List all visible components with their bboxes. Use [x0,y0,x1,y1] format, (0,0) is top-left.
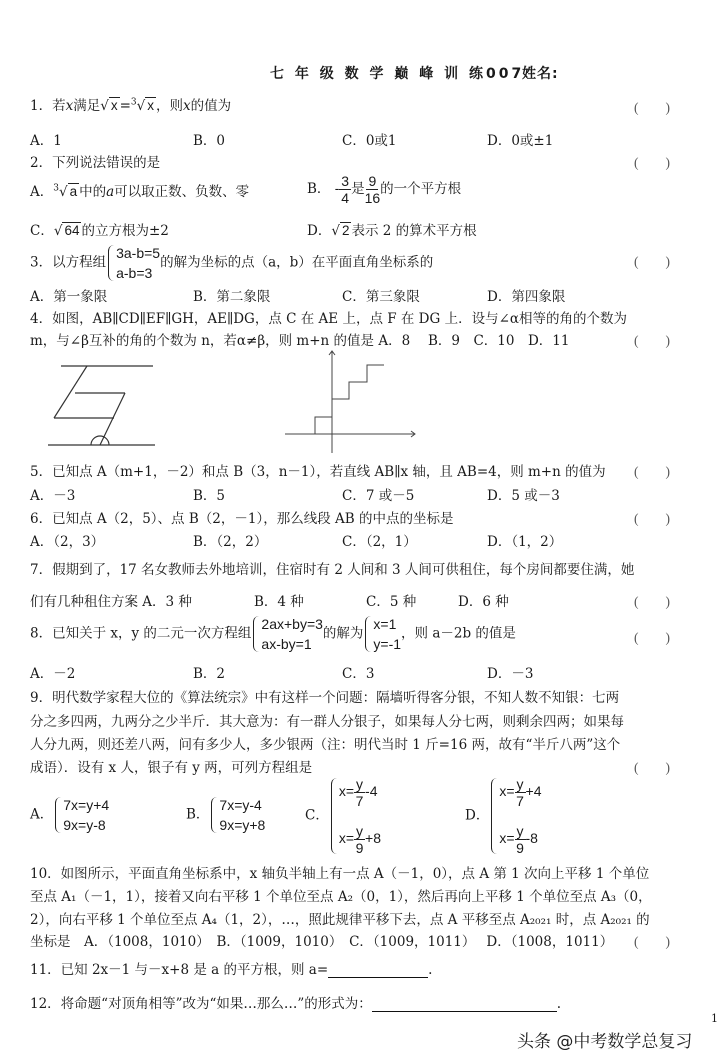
question-7-line-2: 们有几种租住方案 A．3 种 [30,590,192,610]
answer-paren-3[interactable]: ( ) [634,250,670,270]
q2-option-a: A．3√a中的a可以取正数、负数、零 [30,180,249,200]
answer-paren-1[interactable]: ( ) [634,96,670,116]
equation-system: 2ax+by=3ax-by=1 [251,614,323,654]
q9-option-c: C． x=y7-4 x=y9+8 [305,776,381,856]
question-10-line-3: 2），向右平移 1 个单位至点 A₄（1，2），…，照此规律平移下去，点 A 平… [30,908,650,928]
q9-option-b: B．7x=y-49x=y+8 [186,795,265,835]
q6-option-d: D．（1，2） [487,530,562,550]
question-6: 6．已知点 A（2，5）、点 B（2，－1），那么线段 AB 的中点的坐标是 [30,507,453,527]
worksheet-title: 七 年 级 数 学 巅 峰 训 练007 [270,63,524,83]
question-9-line-3: 人分九两，则还差八两，问有多少人，多少银两（注：明代当时 1 斤=16 两，故有… [30,733,620,753]
q8-option-d: D．－3 [487,662,533,682]
question-8: 8．已知关于 x，y 的二元一次方程组2ax+by=3ax-by=1的解为x=1… [30,614,516,654]
question-11: 11．已知 2x－1 与－x+8 是 a 的平方根，则 a=. [30,958,432,978]
question-10-line-4: 坐标是 A．（1008，1010） B．（1009，1010） C．（1009，… [30,930,613,950]
q5-option-b: B．5 [193,484,225,504]
q2-option-c: C．√64的立方根为±2 [30,219,169,239]
question-7-line-1: 7．假期到了，17 名女教师去外地培训，住宿时有 2 人间和 3 人间可供租住，… [30,558,634,578]
question-10-line-1: 10．如图所示，平面直角坐标系中，x 轴负半轴上有一点 A（－1，0），点 A … [30,862,649,882]
question-9-line-4: 成语）．设有 x 人，银子有 y 两，可列方程组是 [30,756,312,776]
equation-system: 3a-b=5a-b=3 [106,243,160,283]
question-9-line-2: 分之多四两，九两分之少半斤．其大意为：有一群人分银子，如果每人分七两，则剩余四两… [30,710,624,730]
q8-option-c: C．3 [342,662,374,682]
answer-paren-4[interactable]: ( ) [634,329,670,349]
q9-option-a: A．7x=y+49x=y-8 [30,795,109,835]
q6-option-a: A．（2，3） [30,530,104,550]
q2-option-b: B． -34是916的一个平方根 [307,173,461,206]
parallel-lines-figure [30,345,190,460]
solution-system: x=1y=-1 [363,614,401,654]
q9-option-d: D． x=y7+4 x=y9-8 [465,776,541,856]
name-label: 姓名: [522,63,559,83]
q5-option-d: D．5 或－3 [487,484,560,504]
q1-option-a: A．1 [30,129,62,149]
q3-option-a: A．第一象限 [30,285,107,305]
question-12: 12．将命题“对顶角相等”改为“如果…那么…”的形式为：. [30,992,561,1012]
q1-option-d: D．0或±1 [487,129,553,149]
q8-option-b: B．2 [193,662,225,682]
question-9-line-1: 9．明代数学家程大位的《算法统宗》中有这样一个问题：隔墙听得客分银，不知人数不知… [30,686,619,706]
page-number: 1 [711,1012,718,1025]
answer-paren-6[interactable]: ( ) [634,507,670,527]
answer-paren-2[interactable]: ( ) [634,151,670,171]
q8-option-a: A．－2 [30,662,75,682]
q5-option-a: A．－3 [30,484,75,504]
question-4-line-1: 4．如图，AB∥CD∥EF∥GH，AE∥DG，点 C 在 AE 上，点 F 在 … [30,307,627,327]
q3-option-d: D．第四象限 [487,285,565,305]
q5-option-c: C．7 或－5 [342,484,414,504]
question-3: 3．以方程组3a-b=5a-b=3的解为坐标的点（a，b）在平面直角坐标系的 [30,243,433,283]
q7-option-d: D．6 种 [458,590,509,610]
question-2: 2．下列说法错误的是 [30,151,160,171]
q6-option-b: B．（2，2） [193,530,267,550]
answer-paren-7[interactable]: ( ) [634,590,670,610]
question-1: 1．若x满足√x=3√x，则x的值为 [30,94,231,114]
answer-blank-11[interactable] [328,963,428,978]
q1-option-b: B．0 [193,129,225,149]
q1-option-c: C．0或1 [342,129,397,149]
coordinate-staircase-figure [280,345,430,455]
q7-option-b: B．4 种 [254,590,304,610]
watermark: 头条 @中考数学总复习 [517,1027,692,1052]
answer-paren-8[interactable]: ( ) [634,626,670,646]
answer-paren-9[interactable]: ( ) [634,756,670,776]
q2-option-d: D．√2表示 2 的算术平方根 [307,219,477,239]
answer-paren-5[interactable]: ( ) [634,460,670,480]
q6-option-c: C．（2，1） [342,530,417,550]
question-5: 5．已知点 A（m+1，－2）和点 B（3，n－1），若直线 AB∥x 轴，且 … [30,460,606,480]
answer-paren-10[interactable]: ( ) [634,930,670,950]
q7-option-c: C．5 种 [366,590,416,610]
q3-option-b: B．第二象限 [193,285,270,305]
q3-option-c: C．第三象限 [342,285,420,305]
question-10-line-2: 至点 A₁（－1，1），接着又向右平移 1 个单位至点 A₂（0，1），然后再向… [30,885,652,905]
answer-blank-12[interactable] [372,997,557,1012]
